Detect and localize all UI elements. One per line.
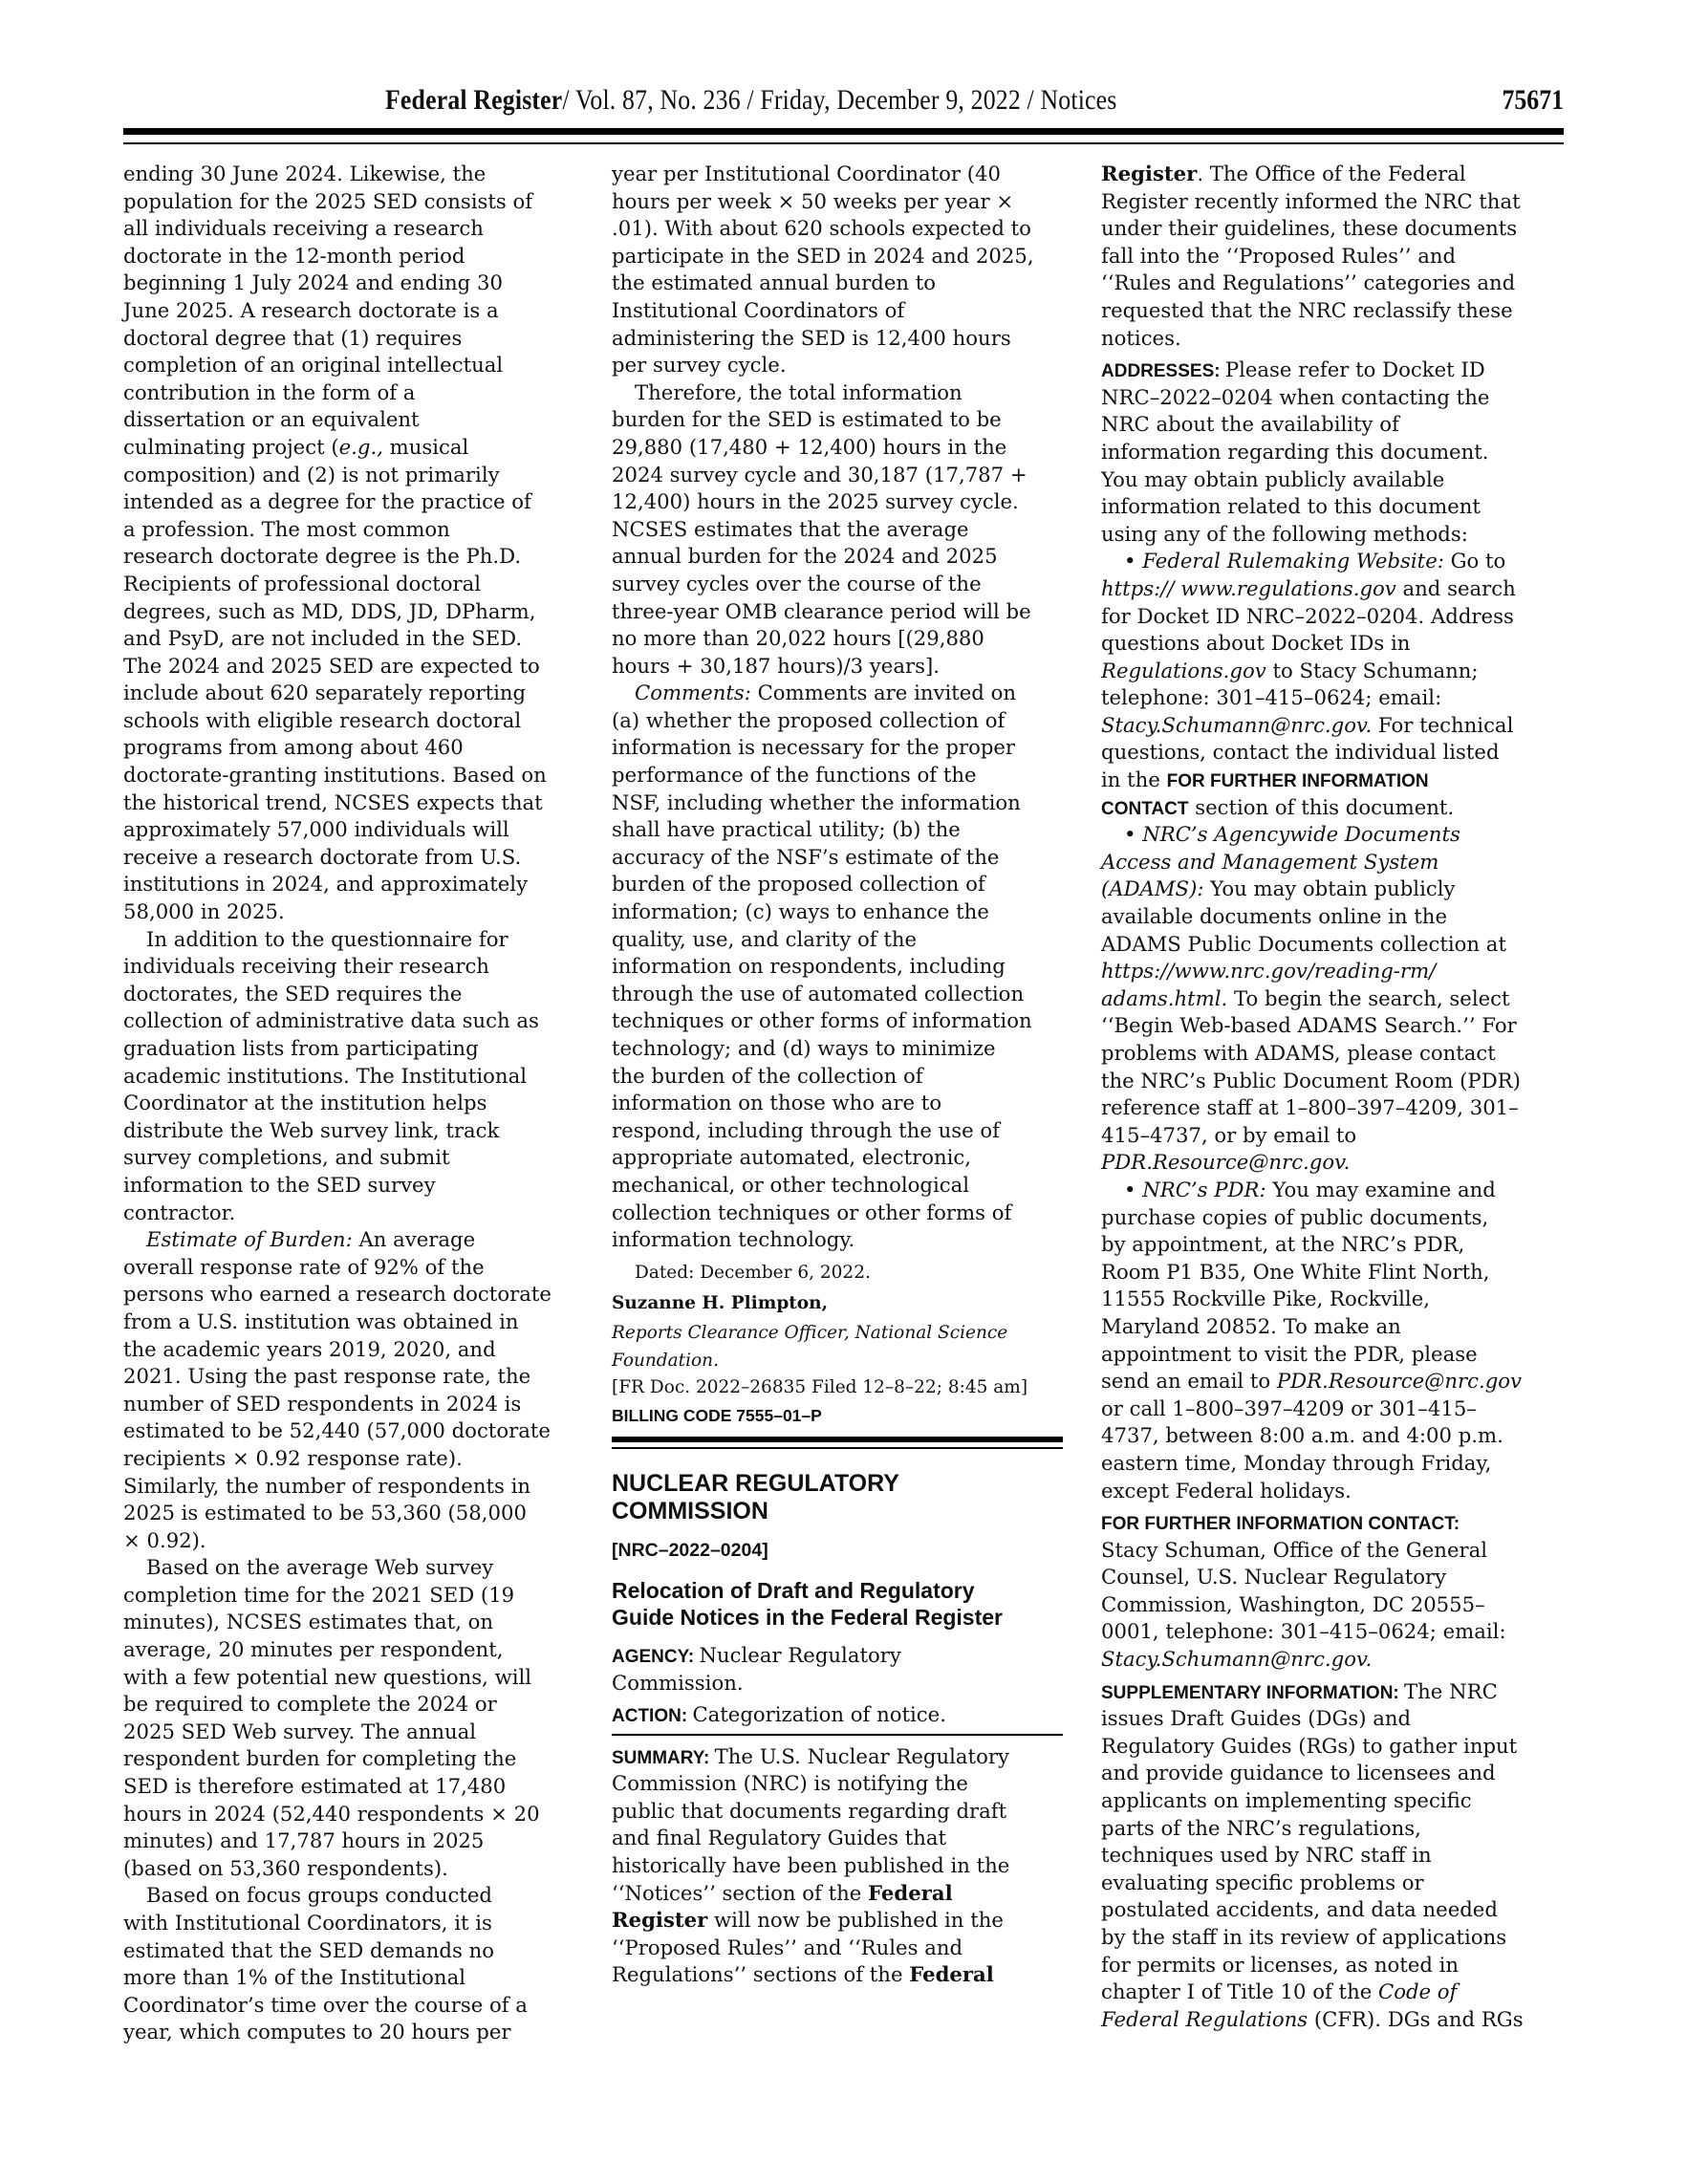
text-run: estimated that the SED demands no <box>123 1938 494 1962</box>
text-run: Counsel, U.S. Nuclear Regulatory <box>1101 1565 1446 1589</box>
text-line: techniques used by NRC staff in <box>1101 1842 1566 1870</box>
text-line: the estimated annual burden to <box>612 270 1063 297</box>
text-line: postulated accidents, and data needed <box>1101 1896 1566 1924</box>
text-line: except Federal holidays. <box>1101 1478 1566 1505</box>
text-run: An average <box>353 1227 475 1251</box>
text-run: applicants on implementing specific <box>1101 1788 1472 1812</box>
text-run: accuracy of the NSF’s estimate of the <box>612 845 999 869</box>
text-run: 4737, between 8:00 a.m. and 4:00 p.m. <box>1101 1423 1503 1447</box>
text-line: ‘‘Begin Web-based ADAMS Search.’’ For <box>1101 1012 1566 1040</box>
text-line: annual burden for the 2024 and 2025 <box>612 543 1063 571</box>
text-run: and final Regulatory Guides that <box>612 1826 946 1849</box>
text-run: the estimated annual burden to <box>612 270 936 294</box>
text-run: techniques or other forms of information <box>612 1008 1032 1032</box>
text-line: Based on focus groups conducted <box>123 1882 596 1910</box>
text-run: Regulations.gov <box>1101 659 1266 682</box>
text-run: contribution in the form of a <box>123 380 415 404</box>
text-run: The NRC <box>1404 1679 1498 1703</box>
spacer <box>612 1449 1063 1470</box>
text-line: minutes), NCSES estimates that, on <box>123 1609 596 1636</box>
running-header: Federal Register/ Vol. 87, No. 236 / Fri… <box>123 84 1564 122</box>
text-line: Regulations’’ sections of the Federal <box>612 1961 1063 1989</box>
text-run: degrees, such as MD, DDS, JD, DPharm, <box>123 599 536 623</box>
text-line: issues Draft Guides (DGs) and <box>1101 1705 1566 1733</box>
text-run: questions, contact the individual listed <box>1101 740 1500 764</box>
text-run: respondent burden for completing the <box>123 1746 516 1770</box>
text-line: 2025 is estimated to be 53,360 (58,000 <box>123 1500 596 1527</box>
text-line: schools with eligible research doctoral <box>123 707 596 735</box>
spacer <box>612 1631 1063 1642</box>
text-line: participate in the SED in 2024 and 2025, <box>612 243 1063 270</box>
text-run: Reports Clearance Officer, National Scie… <box>612 1323 1007 1343</box>
text-run: Commission. <box>612 1671 744 1695</box>
text-run: collection techniques or other forms of <box>612 1200 1011 1224</box>
text-line: performance of the functions of the <box>612 762 1063 789</box>
spacer <box>612 1564 1063 1577</box>
text-line: Guide Notices in the Federal Register <box>612 1604 1063 1631</box>
text-run: Recipients of professional doctoral <box>123 572 481 595</box>
text-run: burden for the SED is estimated to be <box>612 407 1002 431</box>
text-line: Commission (NRC) is notifying the <box>612 1770 1063 1798</box>
text-run: ‘‘Proposed Rules’’ and ‘‘Rules and <box>612 1935 962 1959</box>
text-run: ‘‘Rules and Regulations’’ categories and <box>1101 270 1515 294</box>
text-line: • NRC’s Agencywide Documents <box>1101 821 1566 849</box>
text-line: culminating project (e.g., musical <box>123 434 596 462</box>
text-run: notices. <box>1101 326 1181 350</box>
text-line: send an email to PDR.Resource@nrc.gov <box>1101 1368 1566 1395</box>
text-line: technology; and (d) ways to minimize <box>612 1035 1063 1063</box>
text-line: [NRC–2022–0204] <box>612 1537 1063 1565</box>
text-line: or call 1–800–397–4209 or 301–415– <box>1101 1395 1566 1423</box>
column-3: Register. The Office of the FederalRegis… <box>1101 161 1566 2033</box>
text-line: NSF, including whether the information <box>612 789 1063 817</box>
text-line: average, 20 minutes per respondent, <box>123 1636 596 1664</box>
text-line: through the use of automated collection <box>612 981 1063 1008</box>
text-run: burden of the proposed collection of <box>612 872 985 896</box>
text-run: 2025 is estimated to be 53,360 (58,000 <box>123 1501 527 1524</box>
text-run: adams.html. <box>1101 986 1227 1010</box>
section-label: ADDRESSES: <box>1101 361 1225 381</box>
text-line: 2021. Using the past response rate, the <box>123 1363 596 1391</box>
text-line: × 0.92). <box>123 1527 596 1555</box>
text-line: Recipients of professional doctoral <box>123 571 596 598</box>
text-line: for Docket ID NRC–2022–0204. Address <box>1101 603 1566 631</box>
text-run: purchase copies of public documents, <box>1101 1205 1488 1229</box>
text-line: (a) whether the proposed collection of <box>612 707 1063 735</box>
text-line: (based on 53,360 respondents). <box>123 1855 596 1883</box>
column-2: year per Institutional Coordinator (40ho… <box>612 161 1063 1989</box>
text-line: telephone: 301–415–0624; email: <box>1101 684 1566 712</box>
text-run: Guide Notices in the Federal Register <box>612 1605 1003 1630</box>
text-run: survey cycles over the course of the <box>612 572 982 595</box>
text-line: NRC–2022–0204 when contacting the <box>1101 384 1566 412</box>
text-line: problems with ADAMS, please contact <box>1101 1040 1566 1068</box>
text-run: performance of the functions of the <box>612 763 977 787</box>
text-line: ending 30 June 2024. Likewise, the <box>123 161 596 188</box>
section-label: ACTION: <box>612 1706 692 1726</box>
text-line: all individuals receiving a research <box>123 215 596 243</box>
text-run: Stacy.Schumann@nrc.gov. <box>1101 713 1372 737</box>
text-run: NRC about the availability of <box>1101 412 1399 436</box>
text-run: include about 620 separately reporting <box>123 681 526 704</box>
text-run: three-year OMB clearance period will be <box>612 599 1031 623</box>
text-line: number of SED respondents in 2024 is <box>123 1391 596 1418</box>
text-line: more than 1% of the Institutional <box>123 1964 596 1992</box>
text-line: Reports Clearance Officer, National Scie… <box>612 1318 1063 1346</box>
text-line: .01). With about 620 schools expected to <box>612 215 1063 243</box>
text-run: no more than 20,022 hours [(29,880 <box>612 626 984 650</box>
text-run: and provide guidance to licensees and <box>1101 1761 1496 1784</box>
text-run: NRC’s PDR: <box>1142 1178 1265 1201</box>
text-line: for permits or licenses, as noted in <box>1101 1952 1566 1979</box>
publication-name: Federal Register <box>385 84 562 116</box>
text-line: information; (c) ways to enhance the <box>612 898 1063 926</box>
text-run: Register recently informed the NRC that <box>1101 189 1521 213</box>
text-line: NCSES estimates that the average <box>612 516 1063 544</box>
text-run: e.g., <box>339 435 383 459</box>
text-run: Go to <box>1444 549 1505 573</box>
text-line: • NRC’s PDR: You may examine and <box>1101 1177 1566 1204</box>
text-line: be required to complete the 2024 or <box>123 1691 596 1719</box>
text-line: ‘‘Proposed Rules’’ and ‘‘Rules and <box>612 1935 1063 1962</box>
text-run: Categorization of notice. <box>692 1702 946 1726</box>
text-run: doctorates, the SED requires the <box>123 982 462 1006</box>
text-run: be required to complete the 2024 or <box>123 1692 497 1716</box>
text-line: graduation lists from participating <box>123 1035 596 1063</box>
column-1: ending 30 June 2024. Likewise, thepopula… <box>123 161 596 2046</box>
text-run: schools with eligible research doctoral <box>123 708 521 732</box>
text-line: completion time for the 2021 SED (19 <box>123 1582 596 1610</box>
text-run: Based on the average Web survey <box>146 1555 493 1579</box>
text-line: FOR FURTHER INFORMATION CONTACT: <box>1101 1509 1566 1537</box>
text-run: Suzanne H. Plimpton, <box>612 1293 828 1313</box>
text-run: research doctorate degree is the Ph.D. <box>123 544 521 568</box>
text-run: parts of the NRC’s regulations, <box>1101 1816 1421 1840</box>
header-rule-thin <box>123 142 1564 144</box>
text-line: information technology. <box>612 1226 1063 1254</box>
text-line: Similarly, the number of respondents in <box>123 1473 596 1501</box>
text-run: × 0.92). <box>123 1528 206 1552</box>
text-run: approximately 57,000 individuals will <box>123 817 509 841</box>
text-run: minutes), NCSES estimates that, on <box>123 1610 493 1633</box>
text-line: doctorate-granting institutions. Based o… <box>123 762 596 789</box>
text-run: by the staff in its review of applicatio… <box>1101 1925 1506 1949</box>
text-line: Therefore, the total information <box>612 379 1063 407</box>
text-line: 58,000 in 2025. <box>123 898 596 926</box>
text-run: 2021. Using the past response rate, the <box>123 1364 530 1388</box>
text-line: appropriate automated, electronic, <box>612 1144 1063 1172</box>
text-line: hours in 2024 (52,440 respondents × 20 <box>123 1801 596 1828</box>
text-run: PDR.Resource@nrc.gov <box>1277 1369 1522 1393</box>
text-run: persons who earned a research doctorate <box>123 1282 552 1306</box>
text-line: year per Institutional Coordinator (40 <box>612 161 1063 188</box>
text-run: NCSES estimates that the average <box>612 517 969 541</box>
text-run: To begin the search, select <box>1227 986 1509 1010</box>
text-run: historically have been published in the <box>612 1853 1009 1877</box>
text-line: quality, use, and clarity of the <box>612 926 1063 954</box>
text-run: • <box>1124 1178 1142 1201</box>
text-run: telephone: 301–415–0624; email: <box>1101 685 1441 709</box>
text-run: chapter I of Title 10 of the <box>1101 1979 1378 2003</box>
text-line: 11555 Rockville Pike, Rockville, <box>1101 1286 1566 1313</box>
text-run: administering the SED is 12,400 hours <box>612 326 1011 350</box>
text-line: public that documents regarding draft <box>612 1798 1063 1826</box>
text-run: NUCLEAR REGULATORY <box>612 1470 899 1497</box>
text-run: completion time for the 2021 SED (19 <box>123 1583 514 1607</box>
text-run: Based on focus groups conducted <box>146 1883 492 1907</box>
text-run: Regulatory Guides (RGs) to gather input <box>1101 1734 1517 1758</box>
text-run: Nuclear Regulatory <box>699 1643 900 1667</box>
text-line: 29,880 (17,480 + 12,400) hours in the <box>612 434 1063 462</box>
text-line: ADAMS Public Documents collection at <box>1101 931 1566 959</box>
text-line: reference staff at 1–800–397–4209, 301– <box>1101 1094 1566 1122</box>
text-line: 2024 survey cycle and 30,187 (17,787 + <box>612 462 1063 489</box>
text-line: burden for the SED is estimated to be <box>612 406 1063 434</box>
text-run: information on respondents, including <box>612 954 1006 978</box>
text-line: the academic years 2019, 2020, and <box>123 1336 596 1364</box>
text-run: problems with ADAMS, please contact <box>1101 1041 1496 1065</box>
text-line: 4737, between 8:00 a.m. and 4:00 p.m. <box>1101 1422 1566 1450</box>
text-run: evaluating specific problems or <box>1101 1870 1424 1894</box>
text-run: the historical trend, NCSES expects that <box>123 790 543 814</box>
text-line: Institutional Coordinators of <box>612 297 1063 325</box>
text-run: technology; and (d) ways to minimize <box>612 1036 996 1060</box>
text-run: ADAMS Public Documents collection at <box>1101 932 1506 956</box>
text-line: Maryland 20852. To make an <box>1101 1313 1566 1341</box>
text-run: You may obtain publicly available <box>1101 467 1444 491</box>
text-line: SUMMARY: The U.S. Nuclear Regulatory <box>612 1743 1063 1771</box>
text-run: Room P1 B35, One White Flint North, <box>1101 1260 1490 1284</box>
text-line: population for the 2025 SED consists of <box>123 188 596 216</box>
text-line: Federal Regulations (CFR). DGs and RGs <box>1101 2006 1566 2034</box>
text-run: https://www.nrc.gov/reading-rm/ <box>1101 959 1436 983</box>
text-run: Maryland 20852. To make an <box>1101 1314 1401 1338</box>
text-run: Similarly, the number of respondents in <box>123 1474 530 1498</box>
text-run: quality, use, and clarity of the <box>612 927 917 951</box>
text-line: using any of the following methods: <box>1101 521 1566 549</box>
text-run: the NRC’s Public Document Room (PDR) <box>1101 1069 1521 1092</box>
text-run: Access and Management System <box>1101 850 1438 874</box>
text-run: 415–4737, or by email to <box>1101 1123 1356 1147</box>
text-line: BILLING CODE 7555–01–P <box>612 1401 1063 1429</box>
text-run: Stacy Schuman, Office of the General <box>1101 1538 1487 1562</box>
text-line: [FR Doc. 2022–26835 Filed 12–8–22; 8:45 … <box>612 1374 1063 1402</box>
text-run: with Institutional Coordinators, it is <box>123 1911 492 1935</box>
text-run: June 2025. A research doctorate is a <box>123 298 499 322</box>
text-run: minutes) and 17,787 hours in 2025 <box>123 1828 484 1852</box>
text-run: Estimate of Burden: <box>146 1227 353 1251</box>
text-line: Comments: Comments are invited on <box>612 680 1063 707</box>
text-line: questions about Docket IDs in <box>1101 630 1566 658</box>
text-run: information technology. <box>612 1227 854 1251</box>
text-line: doctorate in the 12-month period <box>123 243 596 270</box>
text-line: Regulations.gov to Stacy Schumann; <box>1101 658 1566 685</box>
text-run: academic institutions. The Institutional <box>123 1064 527 1088</box>
text-run: 2024 survey cycle and 30,187 (17,787 + <box>612 463 1027 487</box>
text-line: beginning 1 July 2024 and ending 30 <box>123 270 596 297</box>
text-run: intended as a degree for the practice of <box>123 489 531 513</box>
text-line: Stacy.Schumann@nrc.gov. For technical <box>1101 712 1566 740</box>
text-line: individuals receiving their research <box>123 953 596 981</box>
text-run: doctoral degree that (1) requires <box>123 326 462 350</box>
text-line: collection of administrative data such a… <box>123 1007 596 1035</box>
text-line: estimated to be 52,440 (57,000 doctorate <box>123 1417 596 1445</box>
text-run: number of SED respondents in 2024 is <box>123 1392 521 1416</box>
text-run: [FR Doc. 2022–26835 Filed 12–8–22; 8:45 … <box>612 1377 1027 1397</box>
text-run: Federal <box>868 1881 953 1905</box>
text-line: Coordinator’s time over the course of a <box>123 1992 596 2020</box>
text-run: • <box>1124 822 1142 846</box>
text-line: survey cycles over the course of the <box>612 571 1063 598</box>
text-line: techniques or other forms of information <box>612 1007 1063 1035</box>
separator-thick <box>612 1437 1063 1442</box>
text-line: contractor. <box>123 1200 596 1227</box>
text-line: administering the SED is 12,400 hours <box>612 325 1063 353</box>
text-run: per survey cycle. <box>612 353 787 377</box>
text-line: collection techniques or other forms of <box>612 1200 1063 1227</box>
text-line: by appointment, at the NRC’s PDR, <box>1101 1231 1566 1259</box>
text-run: will now be published in the <box>707 1908 1004 1932</box>
text-run: institutions in 2024, and approximately <box>123 872 528 896</box>
text-run: year per Institutional Coordinator (40 <box>612 162 1001 185</box>
text-run: .01). With about 620 schools expected to <box>612 216 1031 240</box>
text-line: the burden of the collection of <box>612 1063 1063 1091</box>
text-run: hours per week × 50 weeks per year × <box>612 189 1013 213</box>
text-run: Coordinator at the institution helps <box>123 1091 487 1114</box>
text-line: SUPPLEMENTARY INFORMATION: The NRC <box>1101 1678 1566 1706</box>
text-run: from a U.S. institution was obtained in <box>123 1309 519 1333</box>
document-separator <box>612 1437 1063 1449</box>
text-line: https:// www.regulations.gov and search <box>1101 575 1566 603</box>
text-run: beginning 1 July 2024 and ending 30 <box>123 270 503 294</box>
text-line: and PsyD, are not included in the SED. <box>123 625 596 653</box>
text-line: accuracy of the NSF’s estimate of the <box>612 844 1063 872</box>
text-run: and PsyD, are not included in the SED. <box>123 626 522 650</box>
text-line: hours per week × 50 weeks per year × <box>612 188 1063 216</box>
text-line: notices. <box>1101 325 1566 353</box>
text-line: Commission, Washington, DC 20555– <box>1101 1591 1566 1619</box>
text-run: Dated: December 6, 2022. <box>635 1263 871 1283</box>
section-label: SUMMARY: <box>612 1748 715 1768</box>
text-run: send an email to <box>1101 1369 1277 1393</box>
text-line: intended as a degree for the practice of <box>123 488 596 516</box>
header-title: Federal Register/ Vol. 87, No. 236 / Fri… <box>385 84 1117 117</box>
text-run: mechanical, or other technological <box>612 1173 969 1197</box>
header-rule-thick <box>123 128 1564 135</box>
text-line: receive a research doctorate from U.S. <box>123 844 596 872</box>
text-line: adams.html. To begin the search, select <box>1101 985 1566 1013</box>
text-run: Regulations’’ sections of the <box>612 1962 909 1986</box>
text-run: information to the SED survey <box>123 1173 436 1197</box>
text-run: composition) and (2) is not primarily <box>123 463 500 487</box>
text-run: 12,400) hours in the 2025 survey cycle. <box>612 489 1019 513</box>
text-line: doctorates, the SED requires the <box>123 981 596 1008</box>
text-run: https:// www.regulations.gov <box>1101 576 1396 600</box>
text-run: issues Draft Guides (DGs) and <box>1101 1706 1411 1730</box>
text-run: 29,880 (17,480 + 12,400) hours in the <box>612 435 1006 459</box>
text-run: with a few potential new questions, will <box>123 1665 531 1689</box>
text-run: shall have practical utility; (b) the <box>612 817 961 841</box>
text-line: June 2025. A research doctorate is a <box>123 297 596 325</box>
text-line: NUCLEAR REGULATORY <box>612 1470 1063 1498</box>
text-run: participate in the SED in 2024 and 2025, <box>612 244 1034 268</box>
text-run: ‘‘Notices’’ section of the <box>612 1881 868 1905</box>
text-line: estimated that the SED demands no <box>123 1937 596 1965</box>
text-run: Commission, Washington, DC 20555– <box>1101 1592 1485 1616</box>
text-line: ‘‘Notices’’ section of the Federal <box>612 1880 1063 1908</box>
text-run: Coordinator’s time over the course of a <box>123 1993 528 2017</box>
text-line: respondent burden for completing the <box>123 1745 596 1773</box>
text-run: in the <box>1101 768 1167 791</box>
text-line: by the staff in its review of applicatio… <box>1101 1924 1566 1952</box>
text-line: no more than 20,022 hours [(29,880 <box>612 625 1063 653</box>
text-line: completion of an original intellectual <box>123 352 596 379</box>
text-line: Register recently informed the NRC that <box>1101 188 1566 216</box>
text-run: The U.S. Nuclear Regulatory <box>715 1744 1009 1768</box>
text-run: except Federal holidays. <box>1101 1479 1352 1503</box>
text-line: respond, including through the use of <box>612 1117 1063 1145</box>
text-line: questions, contact the individual listed <box>1101 739 1566 767</box>
text-run: receive a research doctorate from U.S. <box>123 845 521 869</box>
text-run: . The Office of the Federal <box>1197 162 1465 185</box>
text-run: [NRC–2022–0204] <box>612 1540 768 1561</box>
text-run: For technical <box>1372 713 1513 737</box>
text-line: Suzanne H. Plimpton, <box>612 1288 1063 1316</box>
text-line: programs from among about 460 <box>123 734 596 762</box>
text-line: ADDRESSES: Please refer to Docket ID <box>1101 357 1566 384</box>
text-line: appointment to visit the PDR, please <box>1101 1341 1566 1369</box>
text-run: You may examine and <box>1266 1178 1496 1201</box>
text-line: information on respondents, including <box>612 953 1063 981</box>
spacer <box>612 1525 1063 1537</box>
text-line: ‘‘Rules and Regulations’’ categories and <box>1101 270 1566 297</box>
text-run: distribute the Web survey link, track <box>123 1118 499 1142</box>
text-run: musical <box>383 435 468 459</box>
text-line: information related to this document <box>1101 493 1566 521</box>
text-run: Federal Regulations <box>1101 2007 1308 2031</box>
text-run: more than 1% of the Institutional <box>123 1965 465 1989</box>
text-line: with a few potential new questions, will <box>123 1664 596 1692</box>
text-run: Comments are invited on <box>751 681 1016 704</box>
text-run: (CFR). DGs and RGs <box>1308 2007 1523 2031</box>
text-run: public that documents regarding draft <box>612 1799 1006 1823</box>
text-line: SED is therefore estimated at 17,480 <box>123 1773 596 1801</box>
text-line: from a U.S. institution was obtained in <box>123 1308 596 1336</box>
text-line: (ADAMS): You may obtain publicly <box>1101 876 1566 903</box>
text-line: doctoral degree that (1) requires <box>123 325 596 353</box>
text-line: CONTACT section of this document. <box>1101 794 1566 822</box>
text-run: Institutional Coordinators of <box>612 298 904 322</box>
text-run: PDR.Resource@nrc.gov. <box>1101 1150 1350 1174</box>
text-line: the historical trend, NCSES expects that <box>123 789 596 817</box>
text-line: Dated: December 6, 2022. <box>612 1260 1063 1287</box>
text-line: survey completions, and submit <box>123 1144 596 1172</box>
text-run: respond, including through the use of <box>612 1118 1000 1142</box>
text-run: contractor. <box>123 1200 235 1224</box>
text-run: Foundation. <box>612 1351 719 1371</box>
text-run: by appointment, at the NRC’s PDR, <box>1101 1232 1464 1256</box>
text-line: 12,400) hours in the 2025 survey cycle. <box>612 488 1063 516</box>
text-run: Relocation of Draft and Regulatory <box>612 1578 975 1603</box>
text-run: (based on 53,360 respondents). <box>123 1856 448 1880</box>
text-run: requested that the NRC reclassify these <box>1101 298 1513 322</box>
text-run: overall response rate of 92% of the <box>123 1255 485 1279</box>
text-run: the academic years 2019, 2020, and <box>123 1337 496 1361</box>
text-line: Stacy.Schumann@nrc.gov. <box>1101 1646 1566 1674</box>
text-line: Foundation. <box>612 1346 1063 1371</box>
text-run: You may obtain publicly <box>1203 876 1455 900</box>
text-run: Federal Rulemaking Website: <box>1142 549 1444 573</box>
